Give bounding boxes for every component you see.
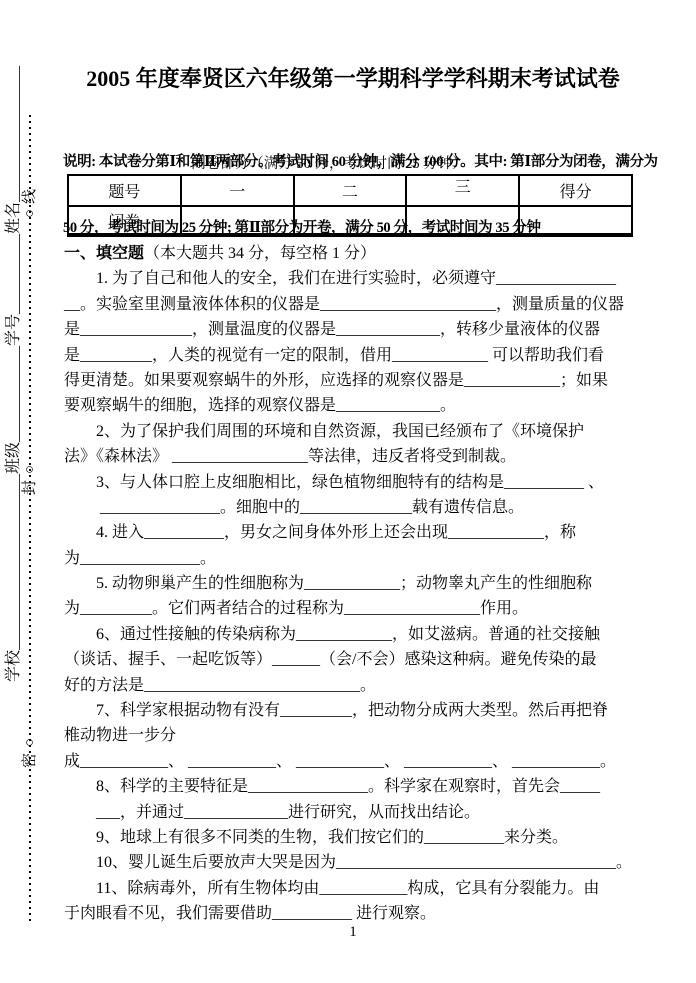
page-number: 1 — [64, 924, 642, 941]
seal-char: 线 — [22, 188, 39, 205]
question-body: 一、填空题（本大题共 34 分，每空格 1 分） 1. 为了自己和他人的安全，我… — [64, 241, 654, 927]
body-line: __。实验室里测量液体体积的仪器是______________________，… — [64, 292, 654, 317]
body-line: 4. 进入__________，男女之间身体外形上还会出现___________… — [64, 520, 654, 545]
body-line: 得更清楚。如果要观察蜗牛的外形，应选择的观察仪器是____________；如果 — [64, 368, 654, 393]
score-table-header-cell-label: 三 — [455, 174, 471, 197]
body-line: 5. 动物卵巢产生的性细胞称为____________；动物睾丸产生的性细胞称 — [64, 571, 654, 596]
score-table-empty-cell — [406, 206, 519, 235]
score-table-header-cell: 一 — [181, 175, 294, 206]
section-title-bold: 一、填空题 — [64, 245, 144, 262]
score-table-header-cell: 二 — [294, 175, 407, 206]
score-table-empty-cell — [181, 206, 294, 235]
seal-dotted-line — [29, 115, 31, 921]
closed-book-heading: 闭卷部分（满分 50 分，考试时间 25 分钟） — [40, 152, 618, 173]
score-table-header-cell: 得分 — [519, 175, 632, 206]
score-table-header-row: 题号 一 二 三 得分 — [68, 175, 632, 206]
body-line: 为_______________。 — [64, 546, 654, 571]
body-line: 8、科学的主要特征是_______________。科学家在观察时，首先会___… — [64, 774, 654, 799]
score-table-empty-cell — [519, 206, 632, 235]
body-line: 6、通过性接触的传染病称为____________，如艾滋病。普通的社交接触 — [64, 622, 654, 647]
exam-title: 2005 年度奉贤区六年级第一学期科学学科期末考试试卷 — [64, 62, 642, 93]
seal-circle: ○ — [22, 205, 39, 222]
body-line: 好的方法是___________________________。 — [64, 673, 654, 698]
body-line: 椎动物进一步分 — [64, 723, 654, 748]
body-line: 法》《森林法》 _________________等法律，违反者将受到制裁。 — [64, 444, 654, 469]
score-table: 题号 一 二 三 得分 闭卷 — [67, 174, 633, 237]
score-table-header-cell: 题号 — [68, 175, 181, 206]
exam-paper-page: 学校______________________班级____________学号… — [0, 0, 696, 983]
body-line: 10、婴儿诞生后要放声大哭是因为________________________… — [64, 850, 654, 875]
body-line: 要观察蜗牛的细胞，选择的观察仪器是_____________。 — [64, 393, 654, 418]
body-line: 11、除病毒外，所有生物体均由___________构成，它具有分裂能力。由 — [64, 876, 654, 901]
score-table-row-label: 闭卷 — [68, 206, 181, 235]
score-table-header-cell: 三 — [406, 175, 519, 206]
score-table-data-row: 闭卷 — [68, 206, 632, 235]
body-line: 9、地球上有很多不同类的生物，我们按它们的__________来分类。 — [64, 825, 654, 850]
section-title-rest: （本大题共 34 分，每空格 1 分） — [144, 245, 376, 262]
seal-char: 密 — [22, 752, 39, 769]
body-line: 于肉眼看不见，我们需要借助__________ 进行观察。 — [64, 901, 654, 926]
section-title: 一、填空题（本大题共 34 分，每空格 1 分） — [64, 241, 654, 266]
body-line: 是_________，人类的视觉有一定的限制，借用____________ 可以… — [64, 343, 654, 368]
body-line: 7、科学家根据动物有没有_________，把动物分成两大类型。然后再把脊 — [64, 698, 654, 723]
body-line: 是______________，测量温度的仪器是_____________，转移… — [64, 317, 654, 342]
body-line: 1. 为了自己和他人的安全，我们在进行实验时，必须遵守_____________… — [64, 266, 654, 291]
body-line: 2、为了保护我们周围的环境和自然资源，我国已经颁布了《环境保护 — [64, 419, 654, 444]
score-table-empty-cell — [294, 206, 407, 235]
body-line: （谈话、握手、一起吃饭等）______（会/不会）感染这种病。避免传染的最 — [64, 647, 654, 672]
seal-circle: ○ — [22, 461, 39, 478]
body-line: 3、与人体口腔上皮细胞相比，绿色植物细胞特有的结构是__________ 、 — [64, 470, 654, 495]
body-line: 成___________、 ___________、 ___________、 … — [64, 749, 654, 774]
body-line: ___，并通过_____________进行研究，从而找出结论。 — [64, 800, 654, 825]
body-line: 为_________。它们两者结合的过程称为_________________作… — [64, 596, 654, 621]
seal-circle: ○ — [22, 734, 39, 751]
seal-char: 封 — [22, 479, 39, 496]
binding-margin-labels: 学校______________________班级____________学号… — [4, 22, 24, 682]
body-line: _______________。细胞中的______________载有遗传信息… — [64, 495, 654, 520]
